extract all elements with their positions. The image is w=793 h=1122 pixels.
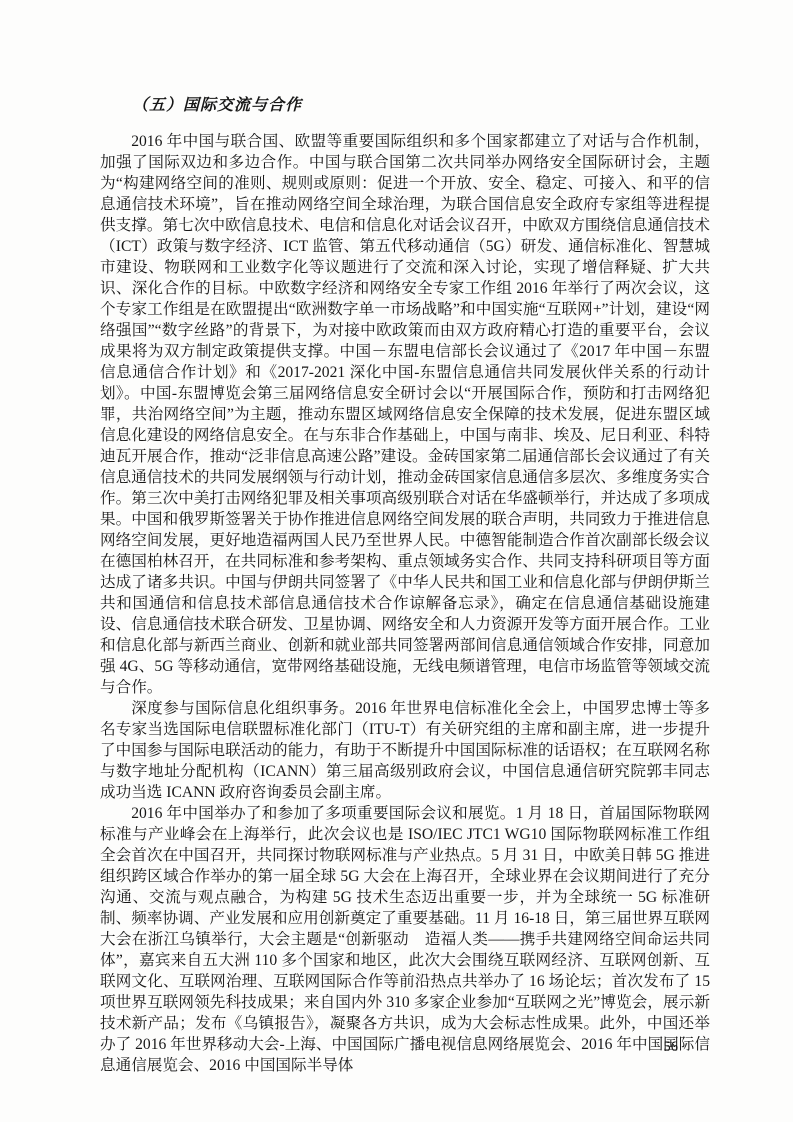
document-page: （五）国际交流与合作 2016 年中国与联合国、欧盟等重要国际组织和多个国家都建… (0, 0, 793, 1122)
body-paragraph-conferences-exhibitions: 2016 年中国举办了和参加了多项重要国际会议和展览。1 月 18 日，首届国际… (100, 803, 710, 1076)
body-paragraph-international-cooperation: 2016 年中国与联合国、欧盟等重要国际组织和多个国家都建立了对话与合作机制，加… (100, 131, 710, 698)
text-block: （五）国际交流与合作 2016 年中国与联合国、欧盟等重要国际组织和多个国家都建… (100, 96, 710, 1076)
section-heading: （五）国际交流与合作 (100, 96, 710, 115)
body-paragraph-org-participation: 深度参与国际信息化组织事务。2016 年世界电信标准化全会上，中国罗忠博士等多名… (100, 698, 710, 803)
page-number: 56 (664, 1039, 679, 1056)
